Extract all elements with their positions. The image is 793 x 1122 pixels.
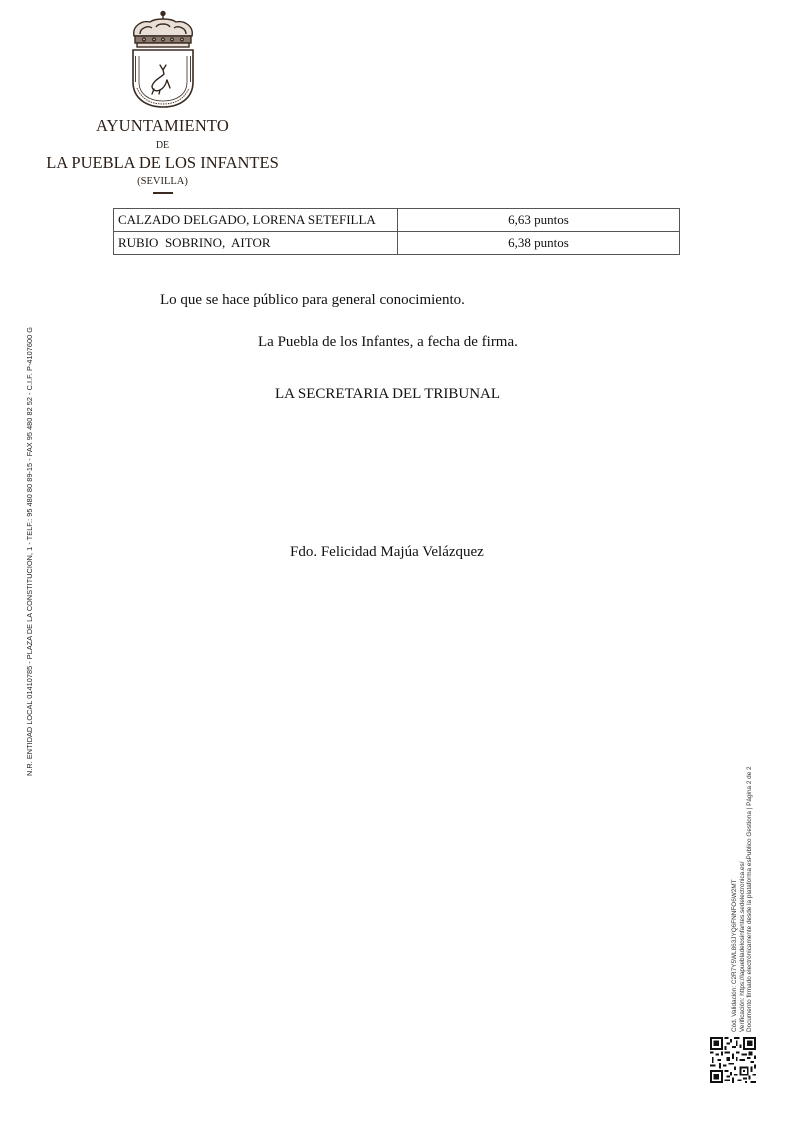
candidate-name: CALZADO DELGADO, LORENA SETEFILLA <box>114 209 398 232</box>
qr-code-icon <box>710 1037 756 1083</box>
table-row: CALZADO DELGADO, LORENA SETEFILLA 6,63 p… <box>114 209 680 232</box>
candidate-score: 6,38 puntos <box>398 232 680 255</box>
letterhead-title: AYUNTAMIENTO <box>40 116 285 136</box>
validation-code: Cód. Validación: C2R7Y5WL863JYQ6FNNFO6W2… <box>731 766 739 1032</box>
public-notice: Lo que se hace público para general cono… <box>160 292 465 309</box>
signature: Fdo. Felicidad Majúa Velázquez <box>290 544 484 561</box>
signature-platform-note: Documento firmado electrónicamente desde… <box>746 766 754 1032</box>
candidate-name: RUBIO SOBRINO, AITOR <box>114 232 398 255</box>
letterhead-divider <box>153 192 173 194</box>
candidate-score: 6,63 puntos <box>398 209 680 232</box>
entity-contact-info: N.R. ENTIDAD LOCAL 01410785 - PLAZA DE L… <box>25 327 34 776</box>
place-date: La Puebla de los Infantes, a fecha de fi… <box>258 334 518 351</box>
coat-of-arms-icon <box>130 10 196 110</box>
verification-url[interactable]: Verificación: https://lapuebladelosinfan… <box>739 766 747 1032</box>
results-table: CALZADO DELGADO, LORENA SETEFILLA 6,63 p… <box>113 208 680 255</box>
letterhead-province: (SEVILLA) <box>40 176 285 187</box>
letterhead-de: DE <box>40 140 285 151</box>
letterhead: AYUNTAMIENTO DE LA PUEBLA DE LOS INFANTE… <box>40 10 285 194</box>
table-row: RUBIO SOBRINO, AITOR 6,38 puntos <box>114 232 680 255</box>
letterhead-town: LA PUEBLA DE LOS INFANTES <box>40 153 285 173</box>
signatory-title: LA SECRETARIA DEL TRIBUNAL <box>275 386 500 403</box>
verification-block: Cód. Validación: C2R7Y5WL863JYQ6FNNFO6W2… <box>731 766 754 1032</box>
